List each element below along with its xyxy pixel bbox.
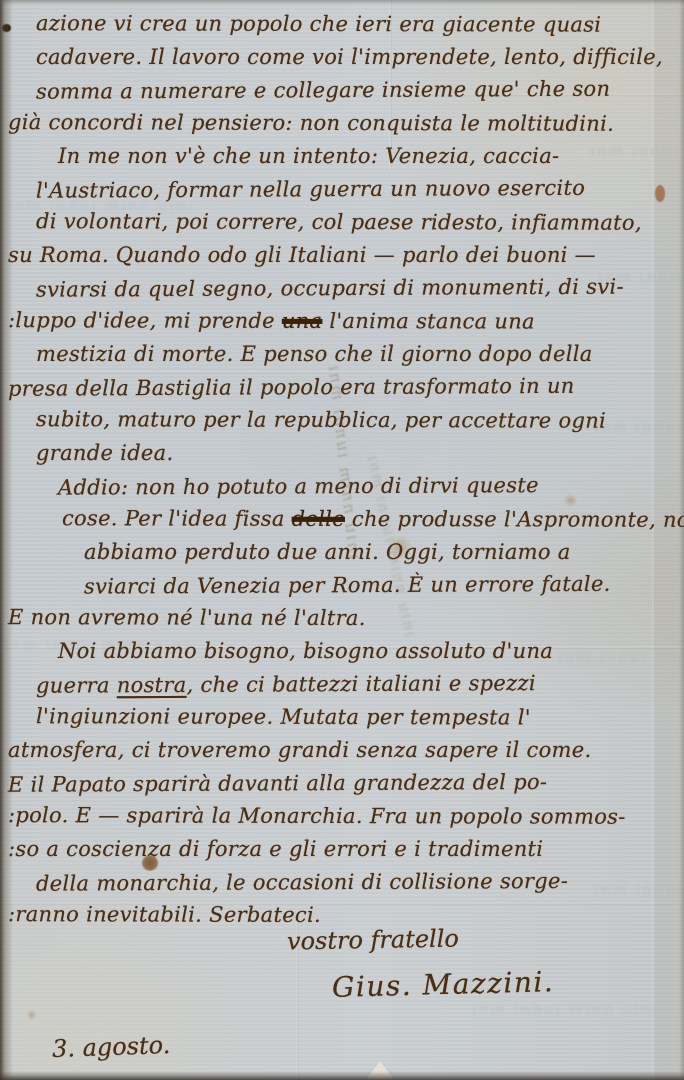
letter-line: guerra nostra, che ci battezzi italiani … [36, 666, 678, 702]
letter-segment: azione vi crea un popolo che ieri era gi… [36, 11, 601, 36]
letter-segment: già concordi nel pensiero: non conquista… [8, 110, 614, 136]
letter-segment: mestizia di morte. E penso che il giorno… [36, 342, 593, 366]
paper-edge-top [0, 0, 684, 5]
letter-segment: grande idea. [36, 441, 173, 465]
letter-segment: l'Austriaco, formar nella guerra un nuov… [36, 176, 585, 203]
letter-segment: guerra [36, 673, 117, 697]
letter-segment-struck: delle [292, 507, 345, 531]
letter-line: cadavere. Il lavoro come voi l'imprendet… [36, 41, 678, 74]
letter-segment: , che ci battezzi italiani e spezzi [186, 671, 535, 697]
letter-segment: subito, maturo per la repubblica, per ac… [36, 407, 606, 432]
letter-line: In me non v'è che un intento: Venezia, c… [58, 140, 678, 173]
letter-closing: vostro fratello [287, 925, 459, 956]
letter-line: presa della Bastiglia il popolo era tras… [8, 369, 678, 406]
letter-line: già concordi nel pensiero: non conquista… [8, 106, 678, 141]
paper-stain [26, 1010, 37, 1020]
letter-line: di volontari, poi correre, col paese rid… [36, 205, 678, 240]
letter-line: abbiamo perduto due anni. Oggi, torniamo… [84, 536, 678, 569]
letter-segment: Noi abbiamo bisogno, bisogno assoluto d'… [58, 639, 553, 663]
letter-line: Noi abbiamo bisogno, bisogno assoluto d'… [58, 635, 678, 668]
letter-line: subito, maturo per la repubblica, per ac… [36, 403, 678, 438]
letter-segment: In me non v'è che un intento: Venezia, c… [58, 144, 559, 168]
letter-body: azione vi crea un popolo che ieri era gi… [36, 8, 678, 932]
letter-segment: abbiamo perduto due anni. Oggi, torniamo… [84, 540, 571, 564]
ink-blot [2, 24, 11, 32]
letter-segment: E il Papato sparirà davanti alla grandez… [8, 770, 547, 797]
letter-line: sviarci da Venezia per Roma. È un errore… [84, 567, 678, 603]
letter-line: grande idea. [36, 437, 678, 470]
manuscript-letter-photo: ınıu nnım ıunnı mnı ınıu nnım ıunnı mnı … [0, 0, 684, 1080]
letter-segment: della monarchia, le occasioni di collisi… [36, 869, 568, 896]
letter-segment: E non avremo né l'una né l'altra. [8, 605, 366, 630]
letter-segment: presa della Bastiglia il popolo era tras… [8, 374, 575, 401]
letter-signature: Gius. Mazzini. [332, 965, 555, 1004]
letter-segment: l'ingiunzioni europee. Mutata per tempes… [36, 704, 531, 729]
letter-line: azione vi crea un popolo che ieri era gi… [36, 7, 678, 42]
letter-line: :luppo d'idee, mi prende una l'anima sta… [8, 304, 678, 339]
letter-segment: che produsse l'Aspromonte, noi [345, 507, 684, 532]
letter-segment: :so a coscienza di forza e gli errori e … [8, 837, 543, 861]
letter-segment: su Roma. Quando odo gli Italiani — parlo… [8, 243, 596, 267]
paper-tear-notch [366, 1061, 394, 1080]
letter-segment: sviarsi da quel segno, occuparsi di monu… [36, 275, 624, 302]
letter-segment-struck: una [282, 309, 323, 333]
letter-segment: di volontari, poi correre, col paese rid… [36, 209, 642, 235]
letter-segment: cadavere. Il lavoro come voi l'imprendet… [36, 45, 663, 69]
letter-line: somma a numerare e collegare insieme que… [36, 72, 678, 108]
letter-line: della monarchia, le occasioni di collisi… [36, 864, 678, 900]
letter-segment: Addio: non ho potuto a meno di dirvi que… [58, 473, 539, 500]
letter-line: E il Papato sparirà davanti alla grandez… [8, 765, 678, 802]
letter-line: E non avremo né l'una né l'altra. [8, 601, 678, 636]
letter-segment: somma a numerare e collegare insieme que… [36, 77, 610, 104]
letter-segment: :polo. E — sparirà la Monarchia. Fra un … [8, 803, 626, 829]
ink-showthrough: ınıu nnım ıunnı mnı [470, 1000, 657, 1018]
letter-dateline: 3. agosto. [52, 1031, 171, 1063]
letter-line: l'ingiunzioni europee. Mutata per tempes… [36, 700, 678, 735]
letter-line: Addio: non ho potuto a meno di dirvi que… [58, 468, 678, 504]
letter-segment: :ranno inevitabili. Serbateci. [8, 902, 321, 927]
paper-edge-bottom [0, 1071, 684, 1080]
letter-line: su Roma. Quando odo gli Italiani — parlo… [8, 239, 678, 272]
letter-line: l'Austriaco, formar nella guerra un nuov… [36, 171, 678, 207]
letter-segment-underline: nostra [117, 673, 187, 697]
letter-segment: sviarci da Venezia per Roma. È un errore… [84, 572, 611, 599]
letter-segment: atmosfera, ci troveremo grandi senza sap… [8, 738, 591, 762]
letter-line: :so a coscienza di forza e gli errori e … [8, 833, 678, 866]
letter-line: atmosfera, ci troveremo grandi senza sap… [8, 734, 678, 767]
letter-segment: :luppo d'idee, mi prende [8, 308, 282, 333]
letter-line: mestizia di morte. E penso che il giorno… [36, 338, 678, 371]
letter-line: :polo. E — sparirà la Monarchia. Fra un … [8, 799, 678, 834]
letter-segment: cose. Per l'idea fissa [62, 506, 292, 531]
letter-segment: l'anima stanca una [322, 309, 535, 334]
letter-line: cose. Per l'idea fissa delle che produss… [62, 502, 678, 537]
letter-line: sviarsi da quel segno, occuparsi di monu… [36, 270, 678, 306]
